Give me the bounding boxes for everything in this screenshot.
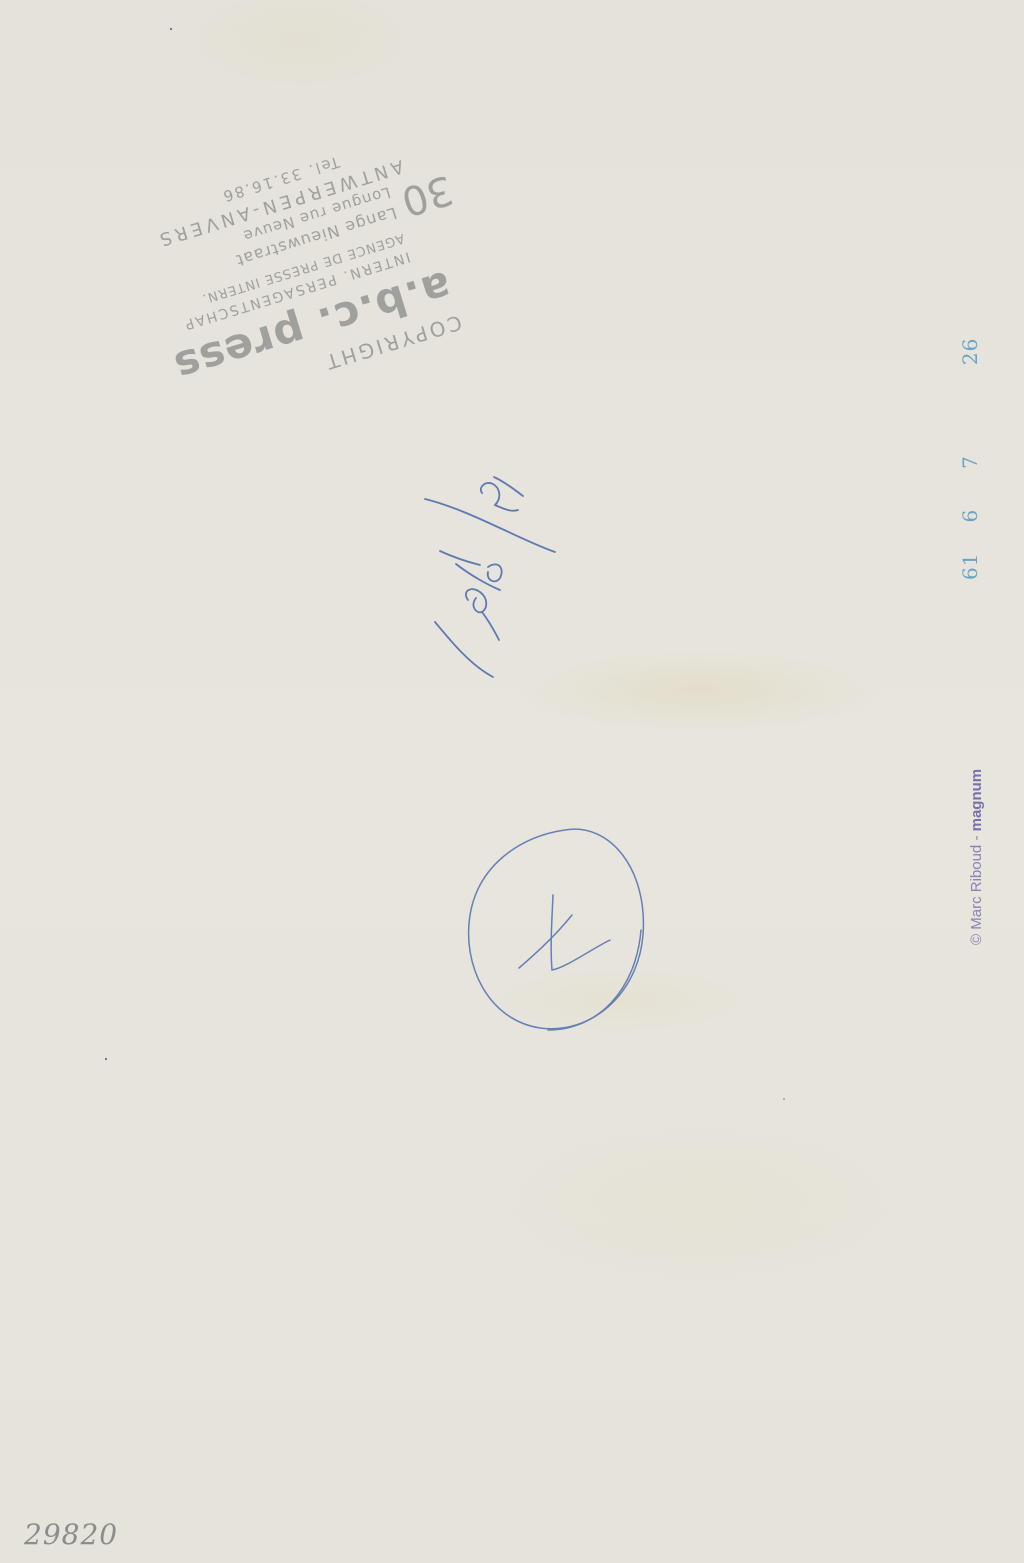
copyright-icon: © [968, 934, 985, 945]
edge-printed-numbers: 616726 [958, 338, 982, 580]
pencil-inventory-number: 29820 [24, 1518, 118, 1551]
credit-separator: - [968, 836, 985, 841]
dust-speck [105, 1058, 107, 1060]
dust-speck [170, 28, 172, 30]
agency-name: magnum [968, 769, 985, 832]
edge-number-group: 6 [958, 509, 982, 523]
edge-number-group: 7 [958, 455, 982, 469]
photo-credit: © Marc Riboud - magnum [968, 769, 985, 945]
dust-speck [783, 1098, 785, 1100]
edge-number-group: 26 [958, 338, 982, 365]
photographer-name: Marc Riboud [968, 845, 985, 930]
edge-number-group: 61 [958, 553, 982, 580]
